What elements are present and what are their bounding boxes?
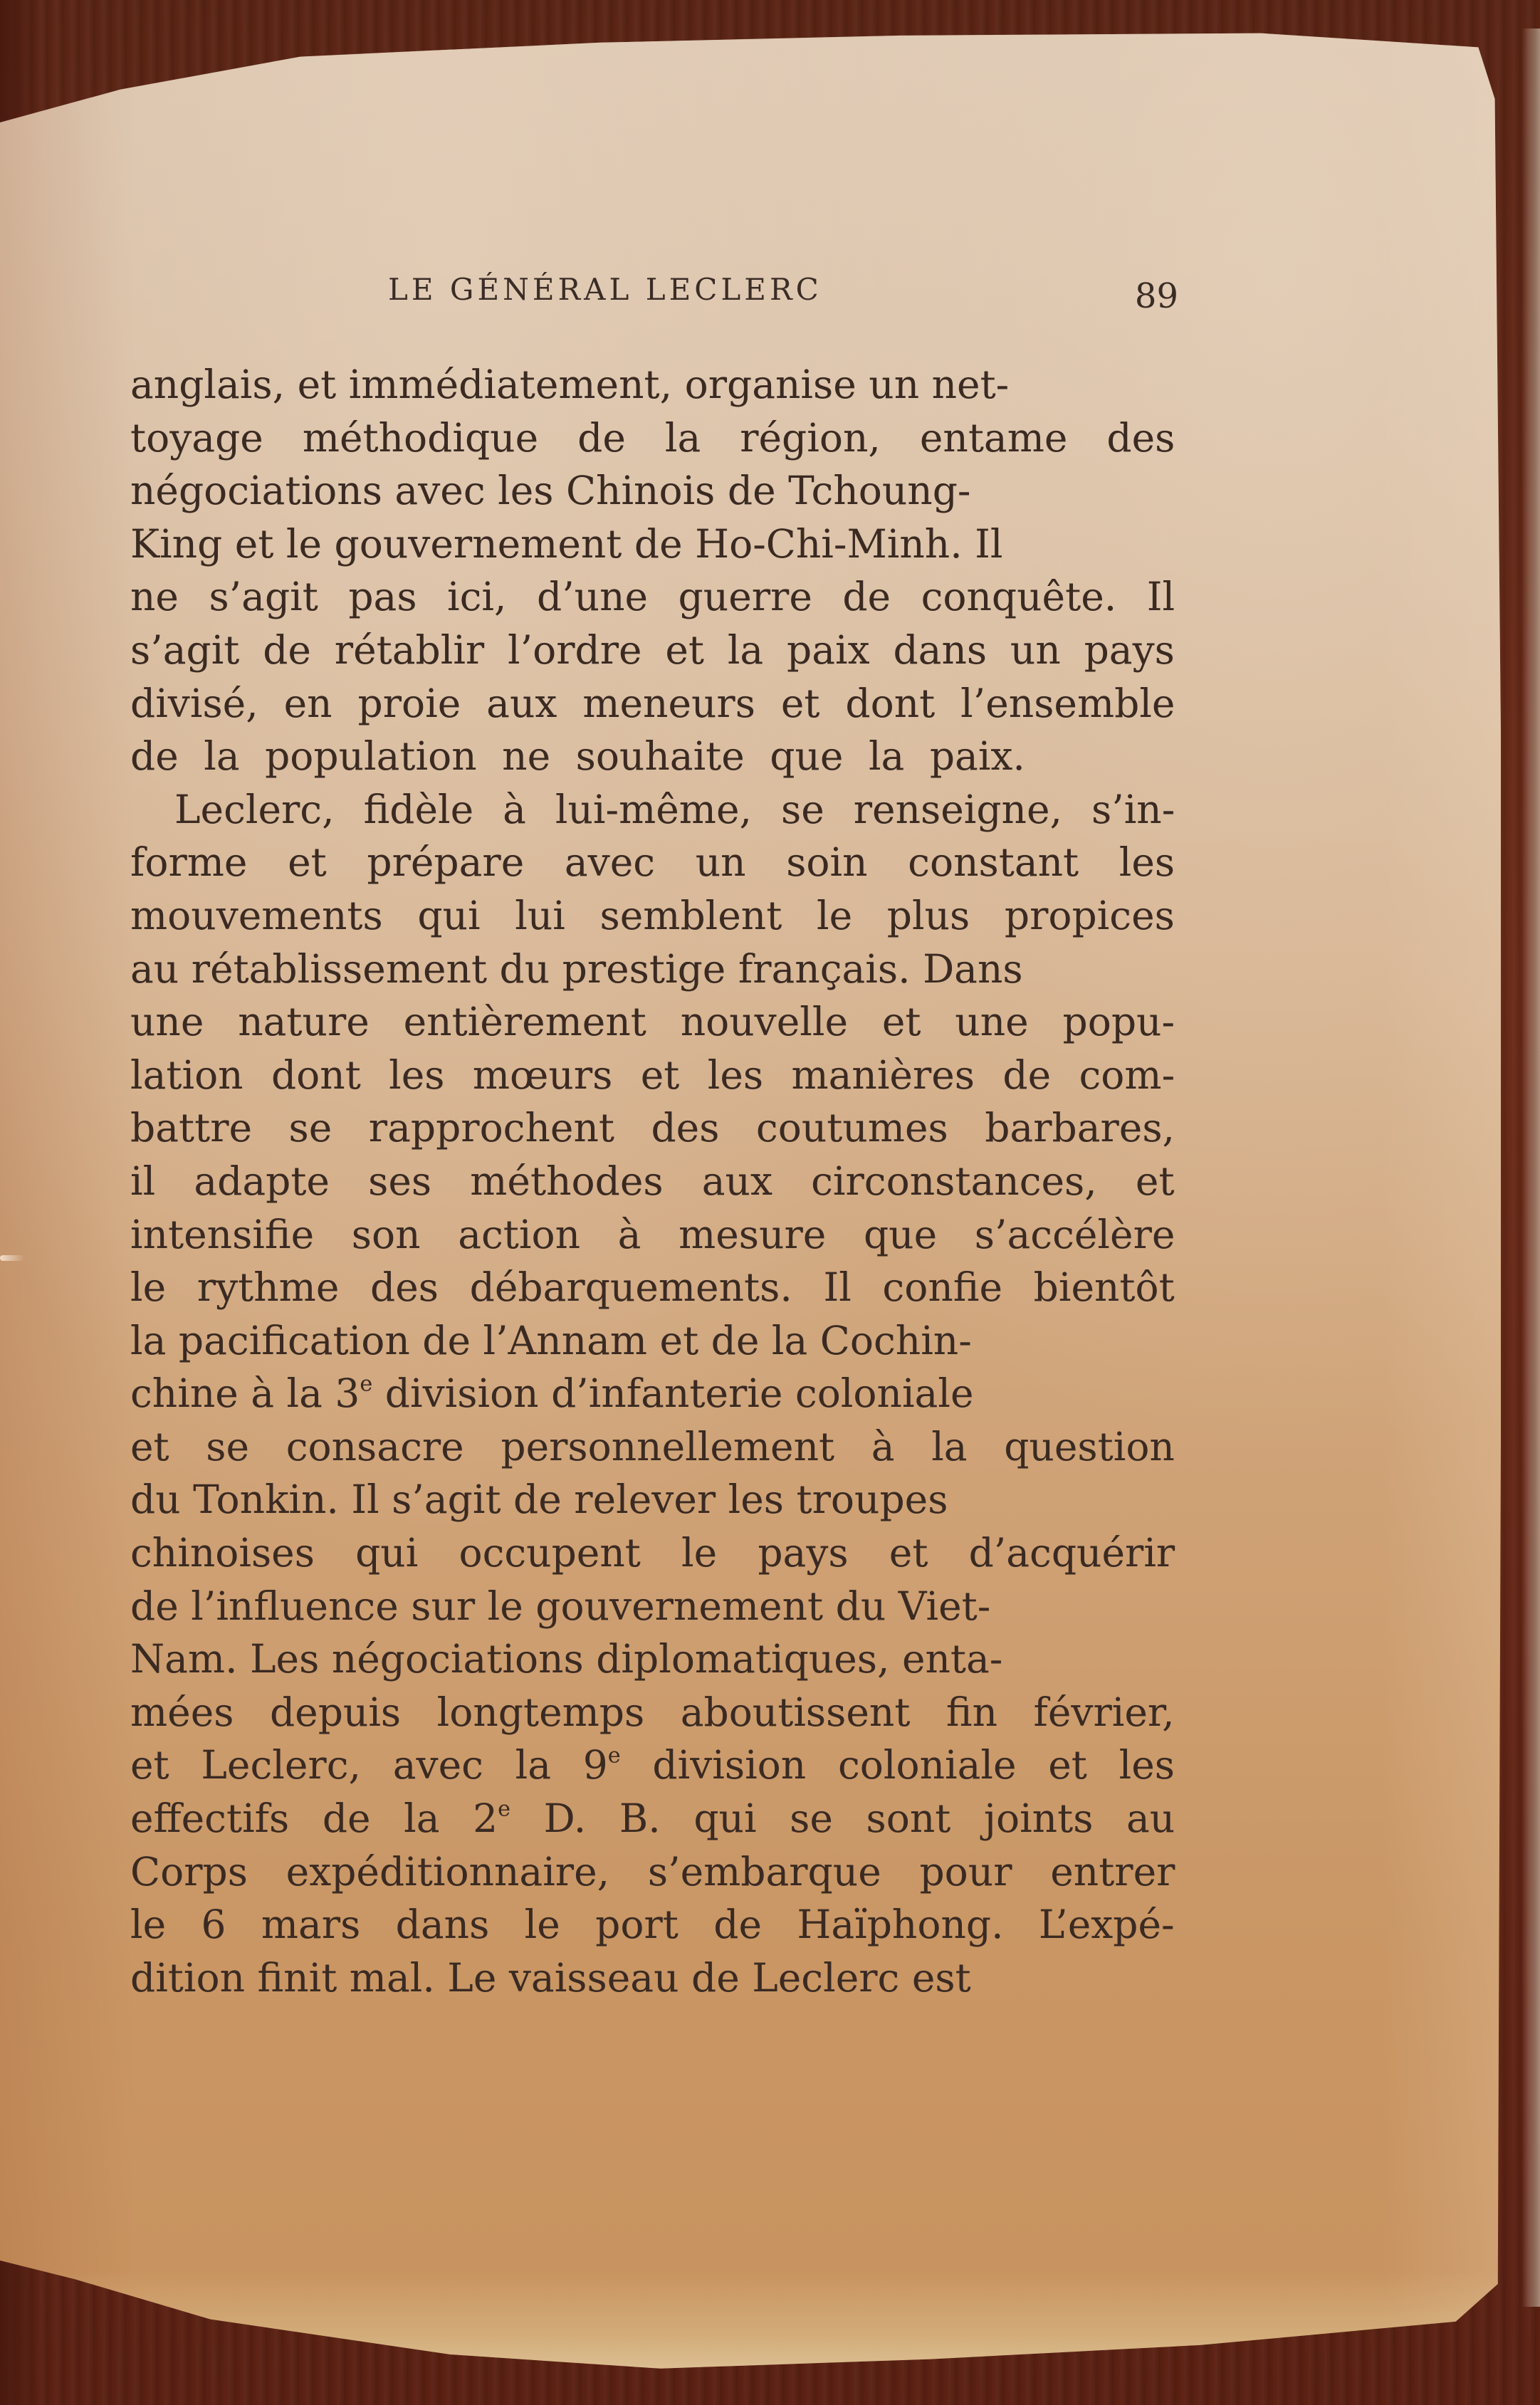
text-line: une nature entièrement nouvelle et une p… (130, 995, 1175, 1049)
text-line: battre se rapprochent des coutumes barba… (130, 1101, 1175, 1155)
text-line: de l’influence sur le gouvernement du Vi… (130, 1580, 1175, 1633)
text-line: King et le gouvernement de Ho-Chi-Minh. … (130, 518, 1175, 571)
text-line: divisé, en proie aux meneurs et dont l’e… (130, 677, 1175, 730)
running-title: LE GÉNÉRAL LECLERC (388, 272, 822, 307)
text-line-paragraph-start: Leclerc, fidèle à lui-même, se renseigne… (130, 783, 1175, 837)
text-line: forme et prépare avec un soin constant l… (130, 836, 1175, 889)
text-line: effectifs de la 2e D. B. qui se sont joi… (130, 1792, 1175, 1845)
text-line: il adapte ses méthodes aux circonstances… (130, 1155, 1175, 1208)
ordinal-superscript: e (360, 1372, 372, 1397)
text-line: et Leclerc, avec la 9e division colonial… (130, 1739, 1175, 1792)
text-line: négociations avec les Chinois de Tchoung… (130, 464, 1175, 518)
text-line: mées depuis longtemps aboutissent fin fé… (130, 1686, 1175, 1739)
text-line: toyage méthodique de la région, entame d… (130, 412, 1175, 465)
text-line: ne s’agit pas ici, d’une guerre de conqu… (130, 570, 1175, 624)
page-number: 89 (1135, 276, 1178, 316)
ordinal-superscript: e (608, 1744, 621, 1769)
text-line: chinoises qui occupent le pays et d’acqu… (130, 1526, 1175, 1580)
text-line: le rythme des débarquements. Il confie b… (130, 1261, 1175, 1314)
text-line: Nam. Les négociations diplomatiques, ent… (130, 1633, 1175, 1686)
text-line: Corps expéditionnaire, s’embarque pour e… (130, 1845, 1175, 1899)
text-line: le 6 mars dans le port de Haïphong. L’ex… (130, 1898, 1175, 1951)
text-line: lation dont les mœurs et les manières de… (130, 1049, 1175, 1102)
text-line: du Tonkin. Il s’agit de relever les trou… (130, 1473, 1175, 1526)
text-line: intensifie son action à mesure que s’acc… (130, 1208, 1175, 1262)
text-line: et se consacre personnellement à la ques… (130, 1420, 1175, 1474)
page-bottom-edge (0, 2271, 1501, 2378)
running-header: LE GÉNÉRAL LECLERC 89 (388, 272, 1178, 315)
text-line: anglais, et immédiatement, organise un n… (130, 358, 1175, 412)
paper-crease-mark (0, 1255, 24, 1261)
text-line: dition finit mal. Le vaisseau de Leclerc… (130, 1951, 1175, 2005)
text-line: mouvements qui lui semblent le plus prop… (130, 889, 1175, 943)
page-right-edge (1521, 28, 1540, 2307)
body-text: anglais, et immédiatement, organise un n… (130, 358, 1175, 2004)
text-line: la pacification de l’Annam et de la Coch… (130, 1314, 1175, 1368)
text-line: s’agit de rétablir l’ordre et la paix da… (130, 624, 1175, 677)
text-line-paragraph-end: de la population ne souhaite que la paix… (130, 730, 1175, 783)
text-line: chine à la 3e division d’infanterie colo… (130, 1367, 1175, 1420)
text-line: au rétablissement du prestige français. … (130, 943, 1175, 996)
ordinal-superscript: e (498, 1796, 510, 1821)
